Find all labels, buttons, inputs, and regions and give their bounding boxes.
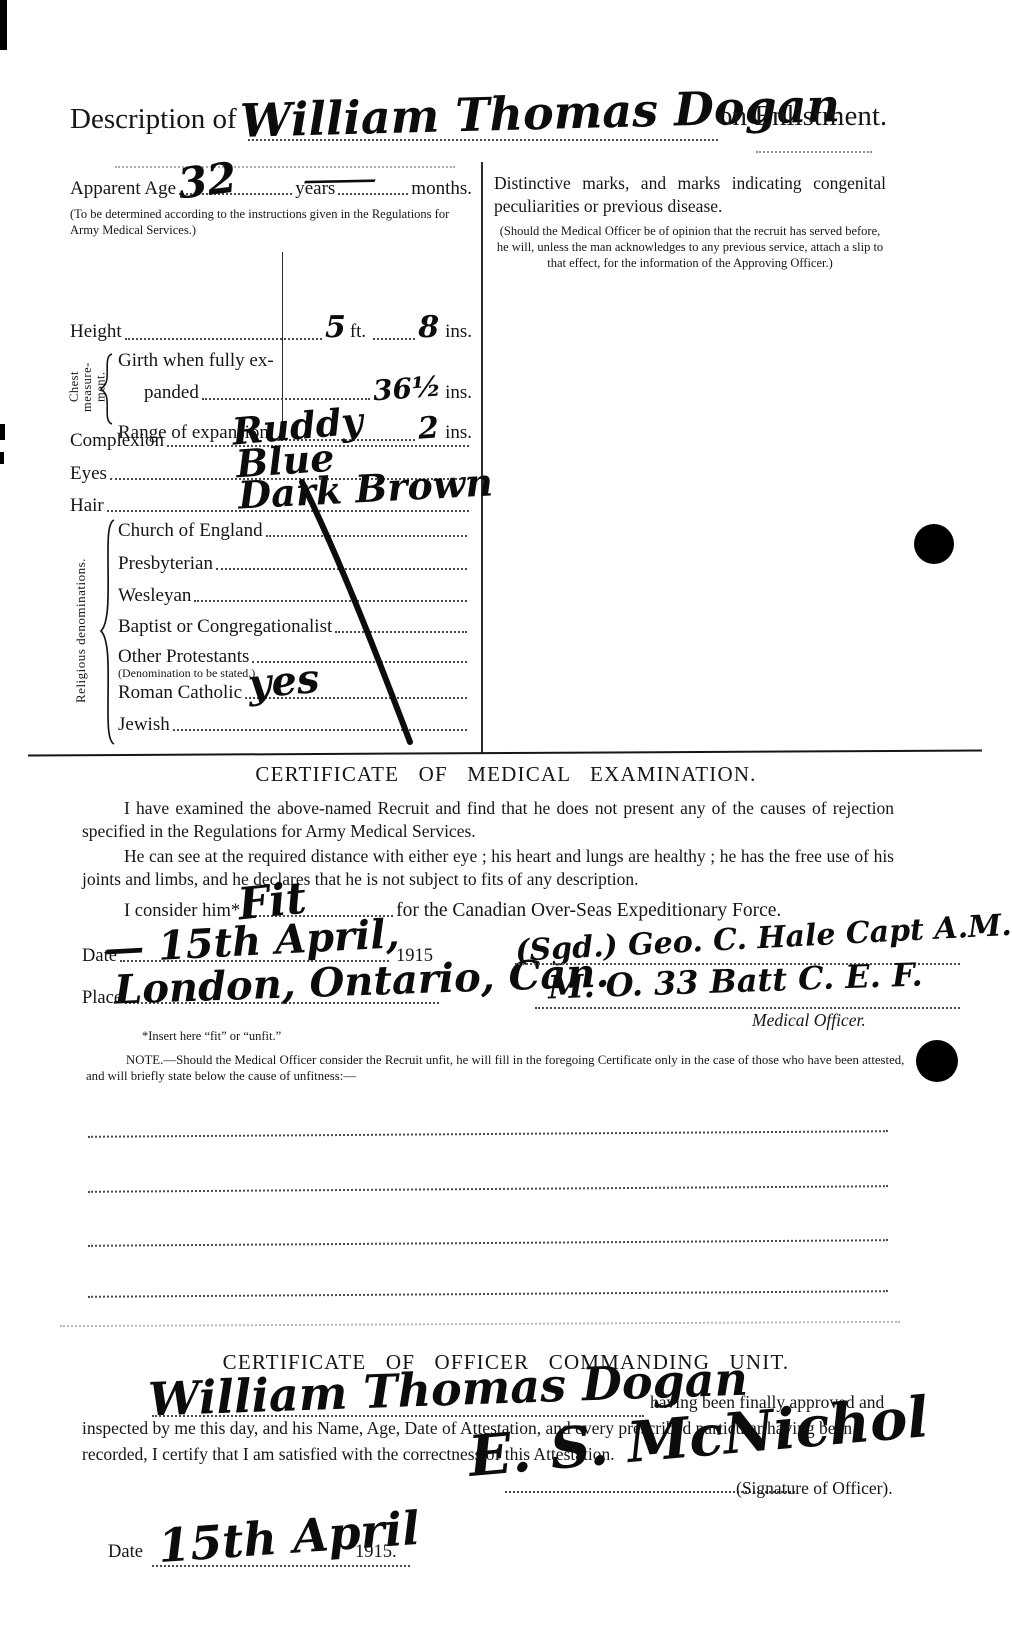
height-in-value-handwritten: 8	[418, 310, 439, 345]
medical-certificate-para2: He can see at the required distance with…	[82, 845, 894, 892]
oc-date-label: Date	[108, 1542, 143, 1563]
girth-row-line2: panded 36½ ins.	[118, 372, 472, 405]
dotted-line	[248, 138, 718, 141]
blank-ruled-line	[88, 1129, 888, 1138]
blank-ruled-line	[88, 1238, 888, 1247]
height-label: Height	[70, 321, 122, 343]
height-ft-value-handwritten: 5	[325, 310, 346, 345]
religion-label: Church of England	[118, 520, 263, 542]
girth-label-line1: Girth when fully ex-	[118, 350, 274, 372]
column-divider-line	[481, 162, 483, 754]
apparent-age-row: Apparent Age years months.	[70, 178, 472, 200]
apparent-age-note: (To be determined according to the instr…	[70, 206, 472, 238]
dotted-line	[125, 337, 322, 340]
consider-suffix: for the Canadian Over-Seas Expeditionary…	[396, 900, 781, 922]
girth-unit-label: ins.	[445, 382, 472, 404]
page-title-prefix: Description of	[70, 103, 237, 136]
distinctive-marks-heading: Distinctive marks, and marks indicating …	[494, 172, 886, 218]
religion-denomination-note: (Denomination to be stated.)	[118, 666, 255, 681]
dotted-line	[535, 1006, 960, 1009]
binder-hole-dot	[914, 524, 954, 564]
blank-ruled-line	[60, 1320, 900, 1327]
signature-of-officer-label: (Signature of Officer).	[736, 1478, 893, 1499]
brace	[100, 352, 114, 426]
girth-value-handwritten: 36½	[372, 370, 442, 408]
page-title-suffix: on Enlistment.	[718, 100, 887, 133]
medical-officer-label: Medical Officer.	[752, 1010, 866, 1031]
dotted-line	[115, 165, 455, 168]
binder-hole-dot	[916, 1040, 958, 1082]
religion-label: Presbyterian	[118, 553, 213, 575]
girth-row-line1: Girth when fully ex-	[118, 350, 472, 372]
eyes-label: Eyes	[70, 463, 107, 485]
girth-label-line2: panded	[144, 382, 199, 404]
oc-date-year: 1915.	[355, 1542, 397, 1563]
months-value-handwritten: —	[297, 166, 383, 193]
distinctive-marks-note: (Should the Medical Officer be of opinio…	[494, 223, 886, 271]
religion-label: Jewish	[118, 714, 170, 736]
height-row: Height 5 ft. 8 ins.	[70, 310, 472, 345]
months-label: months.	[411, 178, 472, 200]
scan-artifact	[0, 0, 7, 50]
brace	[100, 518, 116, 746]
scan-artifact	[0, 424, 5, 440]
blank-ruled-line	[88, 1184, 888, 1193]
scan-artifact	[0, 452, 4, 464]
dotted-line	[373, 337, 415, 340]
religion-label: Wesleyan	[118, 585, 191, 607]
complexion-label: Complexion	[70, 430, 164, 452]
insert-fit-note: *Insert here “fit” or “unfit.”	[142, 1028, 281, 1044]
religion-label: Roman Catholic	[118, 682, 242, 704]
dotted-line	[756, 150, 872, 153]
height-ft-label: ft.	[350, 321, 366, 343]
handwritten-slash-stroke	[280, 470, 430, 760]
blank-ruled-line	[88, 1289, 888, 1298]
enlistment-form-page: Description of William Thomas Dogan on E…	[0, 0, 1012, 1632]
height-in-label: ins.	[445, 321, 472, 343]
apparent-age-value-handwritten: 32	[175, 153, 239, 209]
medical-certificate-para1: I have examined the above-named Recruit …	[82, 797, 894, 844]
apparent-age-label: Apparent Age	[70, 178, 176, 200]
medical-note: NOTE.—Should the Medical Officer conside…	[86, 1052, 910, 1085]
religion-label: Other Protestants	[118, 646, 249, 668]
distinctive-marks-section: Distinctive marks, and marks indicating …	[494, 172, 886, 271]
medical-certificate-heading: CERTIFICATE OF MEDICAL EXAMINATION.	[0, 762, 1012, 787]
religion-group-label: Religious denominations.	[74, 522, 88, 740]
